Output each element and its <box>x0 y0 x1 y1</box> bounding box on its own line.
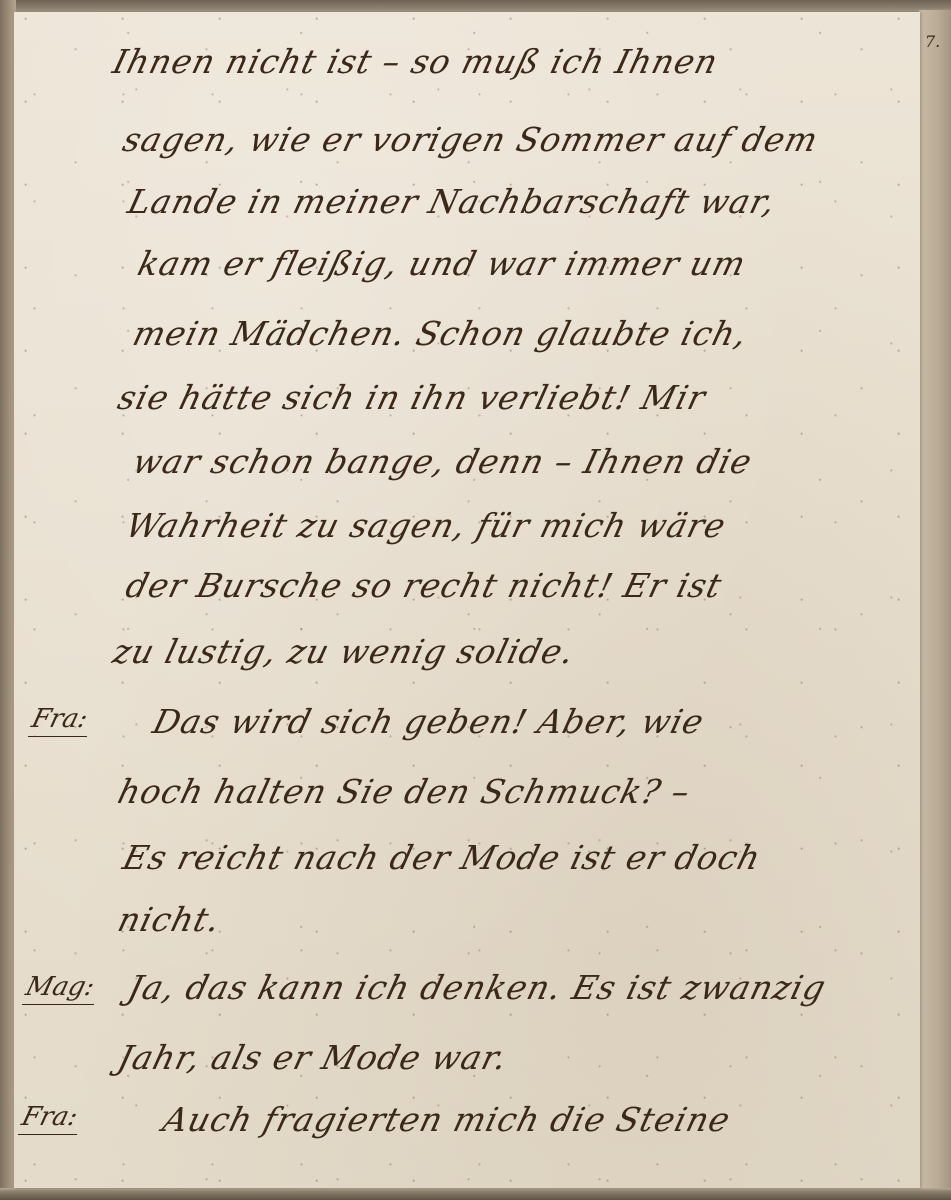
page-number: 7. <box>925 32 940 51</box>
text-line-5: mein Mädchen. Schon glaubte ich, <box>129 314 752 353</box>
text-line-15: Ja, das kann ich denken. Es ist zwanzig <box>124 968 830 1007</box>
text-line-10: zu lustig, zu wenig solide. <box>109 632 579 671</box>
text-line-7: war schon bange, denn – Ihnen die <box>129 442 757 481</box>
text-line-1: Ihnen nicht ist – so muß ich Ihnen <box>109 42 723 81</box>
text-line-3: Lande in meiner Nachbarschaft war, <box>124 182 780 221</box>
text-line-8: Wahrheit zu sagen, für mich wäre <box>122 506 730 545</box>
text-line-9: der Bursche so recht nicht! Er ist <box>122 566 726 605</box>
speaker-label-fra: Fra: <box>28 704 95 737</box>
underlying-page-edge: 7. <box>919 10 951 1195</box>
text-line-16: Jahr, als er Mode war. <box>114 1038 512 1077</box>
speaker-label-mag: Mag: <box>22 972 102 1005</box>
text-line-11: Das wird sich geben! Aber, wie <box>149 702 708 741</box>
speaker-label-fra-2: Fra: <box>18 1102 85 1135</box>
text-line-6: sie hätte sich in ihn verliebt! Mir <box>114 378 710 417</box>
text-line-2: sagen, wie er vorigen Sommer auf dem <box>119 120 823 159</box>
text-line-13: Es reicht nach der Mode ist er doch <box>119 838 765 877</box>
text-line-14: nicht. <box>114 900 225 939</box>
book-binding-bottom <box>0 1188 951 1200</box>
text-line-4: kam er fleißig, und war immer um <box>134 244 750 283</box>
manuscript-page: Ihnen nicht ist – so muß ich Ihnen sagen… <box>14 12 920 1188</box>
text-line-17: Auch fragierten mich die Steine <box>159 1100 735 1139</box>
text-line-12: hoch halten Sie den Schmuck? – <box>114 772 695 811</box>
